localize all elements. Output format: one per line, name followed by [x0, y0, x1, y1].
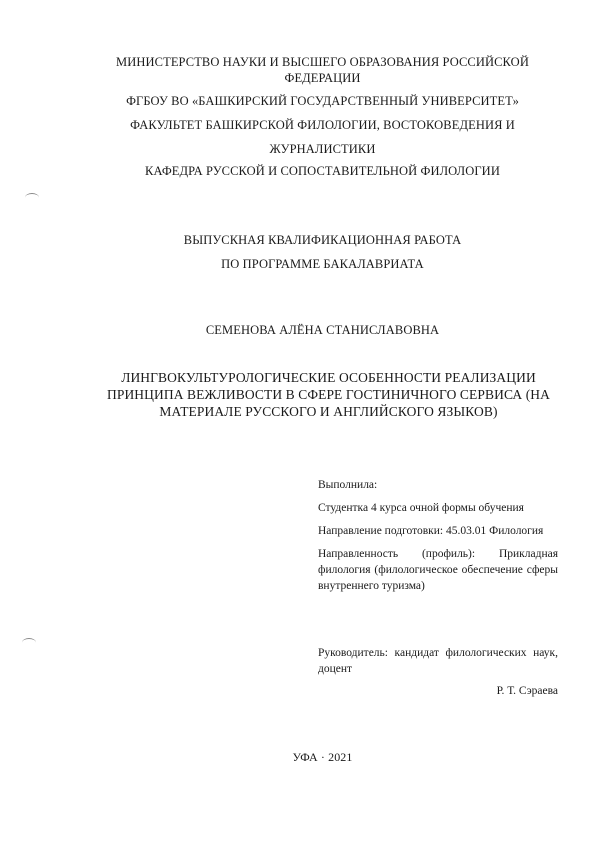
department-line: КАФЕДРА РУССКОЙ И СОПОСТАВИТЕЛЬНОЙ ФИЛОЛ…	[18, 164, 609, 179]
university-line: ФГБОУ ВО «БАШКИРСКИЙ ГОСУДАРСТВЕННЫЙ УНИ…	[18, 94, 609, 109]
profile-info: Направленность (профиль): Прикладная фил…	[318, 546, 558, 594]
supervisor-info: Руководитель: кандидат филологических на…	[318, 645, 558, 677]
title-line-1: ЛИНГВОКУЛЬТУРОЛОГИЧЕСКИЕ ОСОБЕННОСТИ РЕА…	[24, 370, 609, 386]
student-info: Студентка 4 курса очной формы обучения	[318, 500, 558, 516]
ministry-line-1: МИНИСТЕРСТВО НАУКИ И ВЫСШЕГО ОБРАЗОВАНИЯ…	[18, 55, 609, 70]
title-line-3: МАТЕРИАЛЕ РУССКОГО И АНГЛИЙСКОГО ЯЗЫКОВ)	[24, 404, 609, 420]
supervisor-name: Р. Т. Сэраева	[318, 683, 558, 699]
punch-hole-mark-icon	[25, 193, 39, 202]
direction-info: Направление подготовки: 45.03.01 Филолог…	[318, 523, 558, 539]
work-type-line-2: ПО ПРОГРАММЕ БАКАЛАВРИАТА	[18, 257, 609, 272]
faculty-line-2: ЖУРНАЛИСТИКИ	[18, 142, 609, 157]
work-type-line-1: ВЫПУСКНАЯ КВАЛИФИКАЦИОННАЯ РАБОТА	[18, 233, 609, 248]
author-name: СЕМЕНОВА АЛЁНА СТАНИСЛАВОВНА	[18, 323, 609, 338]
title-line-2: ПРИНЦИПА ВЕЖЛИВОСТИ В СФЕРЕ ГОСТИНИЧНОГО…	[24, 387, 609, 403]
faculty-line-1: ФАКУЛЬТЕТ БАШКИРСКОЙ ФИЛОЛОГИИ, ВОСТОКОВ…	[18, 118, 609, 133]
punch-hole-mark-icon	[22, 638, 36, 647]
ministry-line-2: ФЕДЕРАЦИИ	[18, 71, 609, 86]
city-year: УФА · 2021	[18, 750, 609, 765]
performer-label: Выполнила:	[318, 477, 558, 493]
document-page: МИНИСТЕРСТВО НАУКИ И ВЫСШЕГО ОБРАЗОВАНИЯ…	[0, 0, 609, 852]
